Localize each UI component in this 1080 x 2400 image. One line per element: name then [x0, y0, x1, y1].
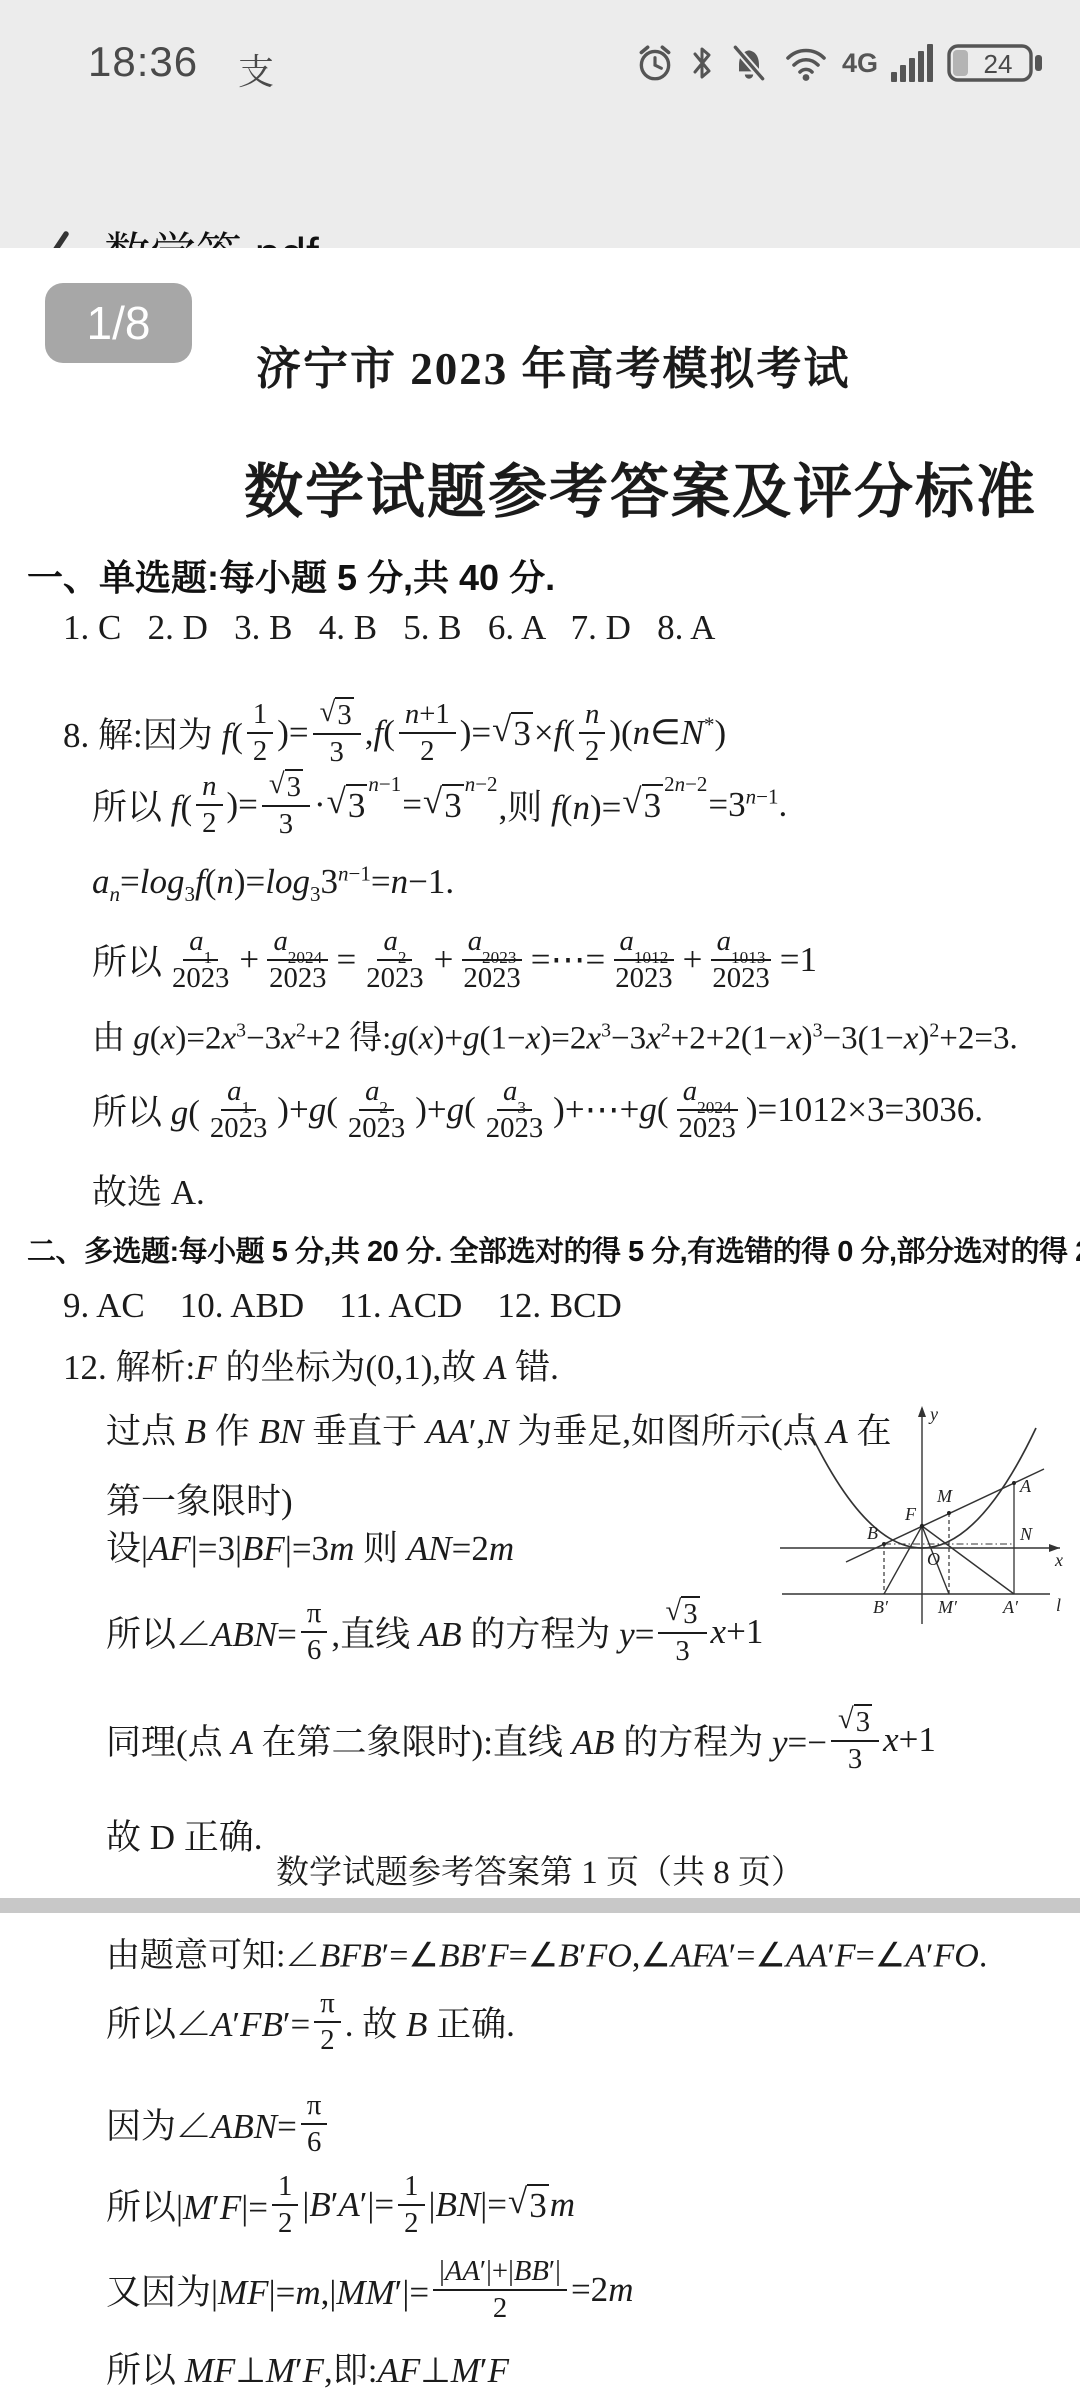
math-line-mf2: 又因为|MF|=m,|MM′|=|AA′|+|BB′|2=2m [106, 2255, 633, 2325]
wifi-icon [783, 42, 829, 84]
battery-percent: 24 [984, 49, 1013, 79]
file-header: 数学答.pdf 文件预览 [0, 100, 1080, 248]
figure-label-O: O [927, 1549, 940, 1569]
bluetooth-icon [689, 42, 715, 84]
math-line-af: 设|AF|=3|BF|=3m 则 AN=2m [106, 1521, 514, 1571]
figure-label-y: y [928, 1404, 938, 1424]
page-number-badge: 1/8 [45, 283, 192, 363]
math-line-gsum: 所以 g(a12023)+g(a22023)+g(a32023)+⋯+g(a20… [92, 1075, 983, 1145]
math-line-an: an=log3f(n)=log33n−1=n−1. [92, 862, 454, 902]
figure-label-M-prime: M′ [937, 1597, 958, 1617]
choose-a-line: 故选 A. [92, 1165, 205, 1215]
section2-heading: 二、多选题:每小题 5 分,共 20 分. 全部选对的得 5 分,有选错的得 0… [27, 1229, 1080, 1270]
figure-label-A-prime: A′ [1002, 1597, 1019, 1617]
math-line-analysis12: 12. 解析:F 的坐标为(0,1),故 A 错. [63, 1340, 559, 1390]
network-type-label: 4G [842, 48, 878, 79]
figure-label-N: N [1019, 1524, 1033, 1544]
signal-strength-icon [891, 44, 933, 82]
multi-choice-answers: 9. AC 10. ABD 11. ACD 12. BCD [63, 1286, 622, 1326]
parabola-figure: y x l O F A B M N B′ M′ A′ [772, 1398, 1072, 1633]
status-icons: 4G 24 [634, 40, 1046, 86]
figure-label-x: x [1054, 1550, 1063, 1570]
exam-title: 济宁市 2023 年高考模拟考试 [256, 332, 851, 397]
figure-label-A: A [1019, 1476, 1032, 1496]
math-line-sum: 所以a12023+a20242023=a22023+a20232023=⋯=a1… [92, 925, 817, 995]
figure-label-B-prime: B′ [873, 1597, 889, 1617]
page-break-divider [0, 1898, 1080, 1913]
math-line-angles: 由题意可知:∠BFB′=∠BB′F=∠B′FO,∠AFA′=∠AA′F=∠A′F… [106, 1928, 987, 1977]
math-line-mf3: 所以 MF⊥M′F,即:AF⊥M′F [106, 2343, 509, 2393]
page-footer: 数学试题参考答案第 1 页（共 8 页） [0, 1846, 1080, 1893]
alarm-icon [634, 42, 676, 84]
figure-label-l: l [1056, 1595, 1061, 1615]
math-line-q8-2: 所以 f(n2)=√33·√3n−1=√3n−2,则 f(n)=√32n−2=3… [92, 769, 787, 841]
figure-label-M: M [936, 1486, 953, 1506]
figure-label-B: B [867, 1523, 878, 1543]
answer-key-title: 数学试题参考答案及评分标准 [244, 444, 1037, 529]
math-line-q8-1: 8. 解:因为 f(12)=√33,f(n+12)=√3×f(n2)(n∈N*) [63, 697, 726, 769]
section1-heading: 一、单选题:每小题 5 分,共 40 分. [27, 550, 555, 601]
phone-screen: 18:36 支 [0, 0, 1080, 2400]
math-line-abn2: 因为∠ABN=π6 [106, 2089, 331, 2159]
status-bar: 18:36 支 [0, 0, 1080, 100]
math-line-gdef: 由 g(x)=2x3−3x2+2 得:g(x)+g(1−x)=2x3−3x2+2… [92, 1012, 1018, 1059]
math-line-afb: 所以∠A′FB′=π2. 故 B 正确. [106, 1987, 515, 2057]
battery-icon: 24 [946, 40, 1046, 86]
math-line-tongli: 同理(点 A 在第二象限时):直线 AB 的方程为 y=−√33x+1 [106, 1704, 936, 1776]
figure-label-F: F [904, 1504, 917, 1524]
pdf-page-viewport[interactable]: 1/8 济宁市 2023 年高考模拟考试 数学试题参考答案及评分标准 一、单选题… [0, 248, 1080, 2400]
app-chrome: 18:36 支 [0, 0, 1080, 248]
single-choice-answers: 1. C 2. D 3. B 4. B 5. B 6. A 7. D 8. A [63, 608, 715, 648]
math-line-abn: 所以∠ABN=π6,直线 AB 的方程为 y=√33x+1 [106, 1596, 763, 1668]
math-line-mf1: 所以|M′F|=12|B′A′|=12|BN|=√3m [106, 2170, 575, 2240]
first-quadrant-line: 第一象限时) [106, 1474, 293, 1524]
mute-bell-icon [728, 42, 770, 84]
alipay-notification-icon: 支 [238, 44, 274, 95]
clock-time: 18:36 [88, 38, 198, 86]
